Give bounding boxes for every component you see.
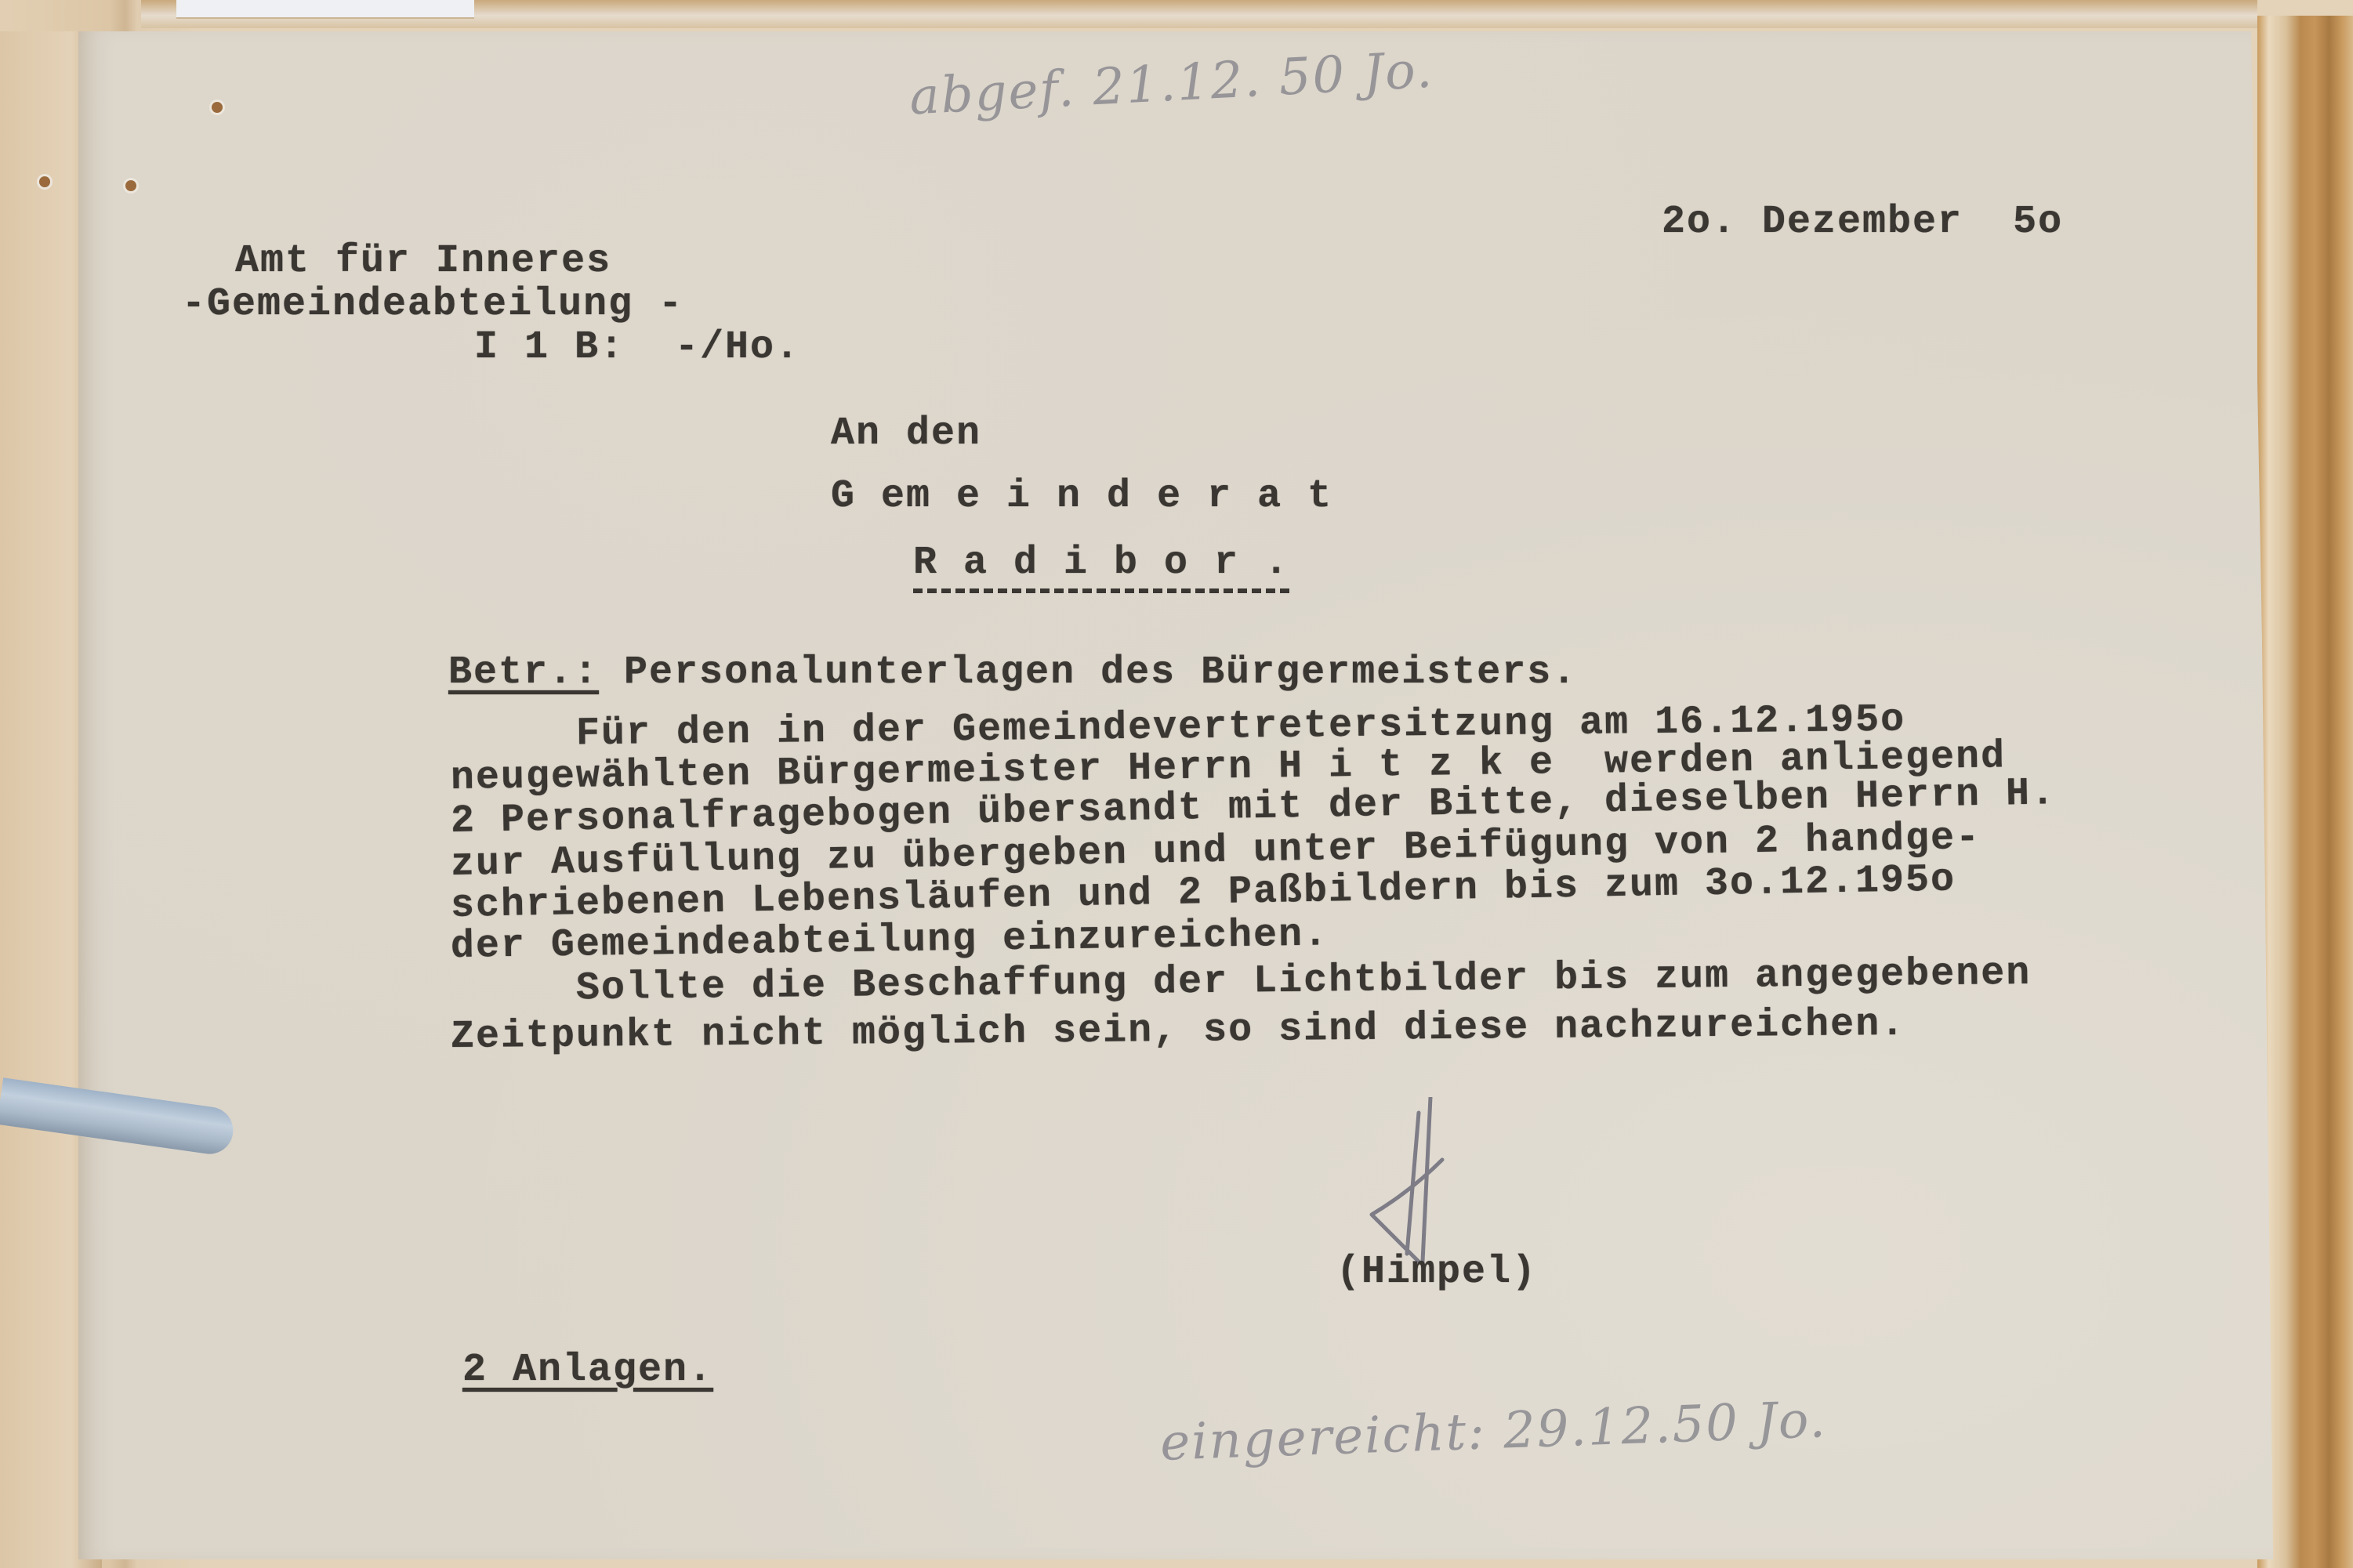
subject-label: Betr.: [448, 650, 599, 695]
stacked-page-edges [2257, 16, 2353, 1568]
letter-date: 2o. Dezember 5o [1662, 200, 2063, 244]
recipient-place: R a d i b o r . [913, 541, 1289, 593]
punch-hole [39, 176, 50, 187]
recipient-salutation: An den [831, 411, 981, 456]
sender-office: Amt für Inneres [235, 239, 611, 284]
enclosures-note: 2 Anlagen. [462, 1348, 713, 1392]
recipient-body: G em e i n d e r a t [831, 474, 1332, 519]
sender-department: -Gemeindeabteilung - [182, 282, 683, 327]
subject-line: Betr.: Personalunterlagen des Bürgermeis… [448, 650, 1577, 695]
punch-hole [125, 180, 136, 191]
underlying-sheet-top [176, 0, 474, 19]
signatory-name: (Himpel) [1336, 1250, 1537, 1295]
reference-code: I 1 B: -/Ho. [474, 325, 800, 370]
punch-hole [212, 102, 223, 113]
subject-text: Personalunterlagen des Bürgermeisters. [624, 650, 1577, 695]
